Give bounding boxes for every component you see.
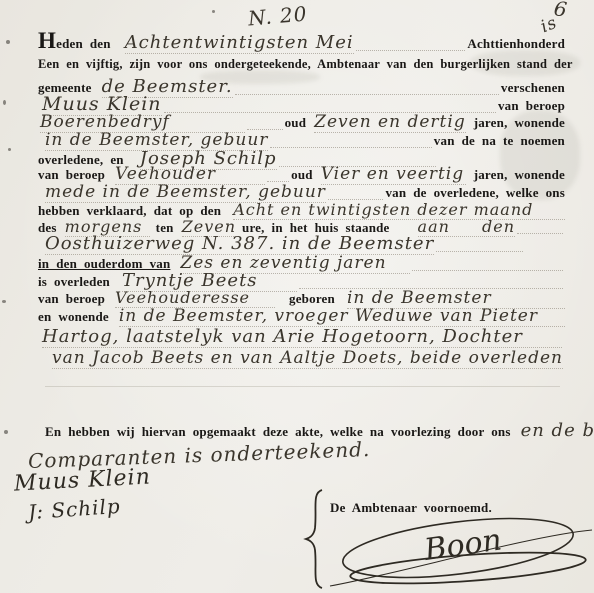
- printed-closing: En hebben wij hiervan opgemaakt deze akt…: [45, 424, 511, 440]
- hw-closing-1: en de beide: [521, 420, 594, 441]
- printed-en-wonende: en wonende: [38, 309, 109, 325]
- hw-date: Achtentwintigsten Mei: [125, 32, 354, 54]
- paper-speck: [6, 40, 10, 44]
- signature-declarant2: J: Schilp: [27, 494, 121, 524]
- act-number: N. 20: [247, 1, 308, 30]
- line-intro: Een en vijftig, zijn voor ons ondergetee…: [38, 57, 562, 72]
- printed-heden-initial: H: [38, 34, 56, 47]
- paper-speck: [3, 100, 6, 105]
- form-rule: [45, 386, 560, 387]
- paper-speck: [212, 10, 215, 13]
- printed-van-de-overledene: van de overledene, welke ons: [385, 185, 565, 201]
- death-certificate-page: N. 20 6 is Heden den Achtentwintigsten M…: [0, 0, 594, 593]
- printed-van-beroep: van beroep: [38, 167, 105, 183]
- printed-oud: oud: [291, 167, 313, 183]
- paper-speck: [4, 430, 8, 434]
- printed-intro: Een en vijftig, zijn voor ons ondergetee…: [38, 57, 562, 72]
- hw-address: Oosthuizerweg N. 387. in de Beemster: [45, 233, 434, 255]
- brace-mark: [304, 488, 326, 590]
- paper-speck: [8, 148, 11, 151]
- line-address: Oosthuizerweg N. 387. in de Beemster: [45, 233, 525, 255]
- printed-na-te-noemen: van de na te noemen: [434, 133, 565, 149]
- line-residence-1: en wonende in de Beemster, vroeger Weduw…: [38, 306, 565, 327]
- printed-jaren-wonende: jaren, wonende: [474, 115, 565, 131]
- printed-heden-rest: eden den: [56, 36, 111, 52]
- printed-achttienhonderd: Achttienhonderd: [467, 36, 565, 52]
- hw-deceased-occupation: Veehouderesse: [115, 288, 275, 308]
- hw-residence-1: in de Beemster, vroeger Weduwe van Piete…: [119, 306, 565, 327]
- printed-van-beroep: van beroep: [38, 291, 105, 307]
- hw-residence-3: van Jacob Beets en van Aaltje Doets, bei…: [52, 348, 563, 369]
- line-residence-3: van Jacob Beets en van Aaltje Doets, bei…: [52, 348, 562, 369]
- printed-jaren-wonende: jaren, wonende: [474, 167, 565, 183]
- line-residence-2: Hartog, laatstelyk van Arie Hogetoorn, D…: [42, 326, 562, 348]
- printed-geboren: geboren: [289, 291, 335, 307]
- printed-oud: oud: [285, 115, 307, 131]
- hw-residence-2: Hartog, laatstelyk van Arie Hogetoorn, D…: [42, 326, 562, 348]
- official-signature-text: Boon: [421, 522, 504, 568]
- signature-official: Boon: [328, 508, 594, 590]
- form-rule: [356, 48, 466, 51]
- paper-speck: [2, 300, 6, 303]
- line-date: Heden den Achtentwintigsten Mei Achttien…: [38, 32, 565, 54]
- act-number-text: N. 20: [247, 1, 308, 30]
- form-rule: [436, 249, 523, 252]
